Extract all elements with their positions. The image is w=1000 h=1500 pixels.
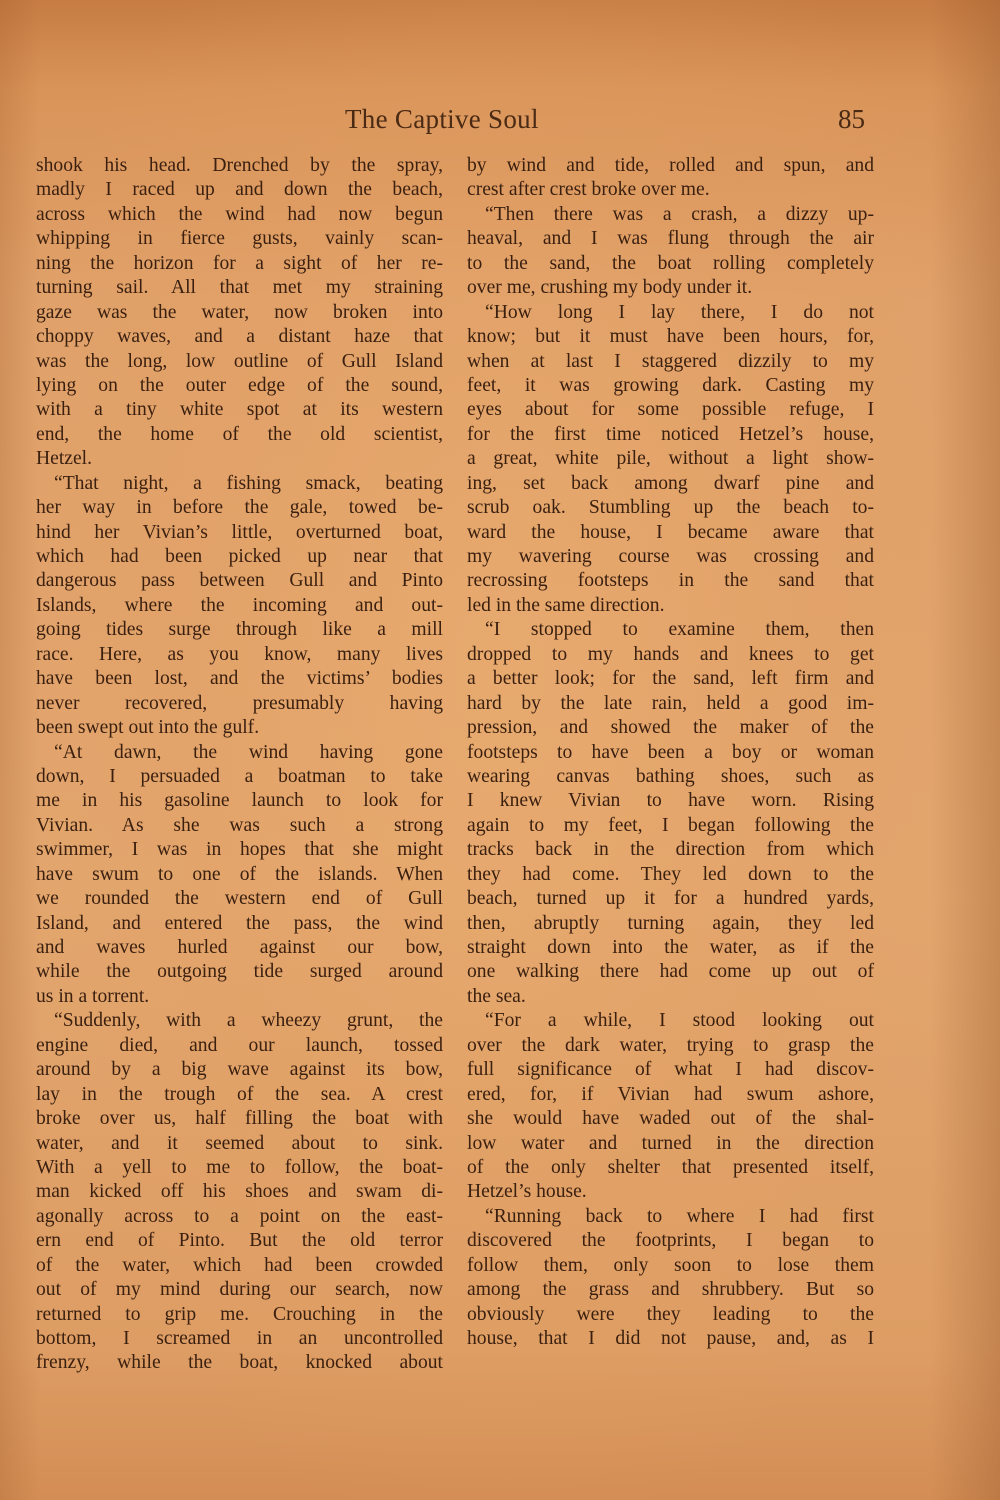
text-line: end, the home of the old scientist,: [36, 423, 443, 447]
text-line: ing, set back among dwarf pine and: [467, 472, 874, 496]
text-line: shook his head. Drenched by the spray,: [36, 154, 443, 178]
text-line: choppy waves, and a distant haze that: [36, 325, 443, 349]
text-column-left: shook his head. Drenched by the spray,ma…: [36, 154, 443, 1376]
text-line: recrossing footsteps in the sand that: [467, 569, 874, 593]
text-line: when at last I staggered dizzily to my: [467, 350, 874, 374]
text-line: “At dawn, the wind having gone: [36, 741, 443, 765]
text-line: “Running back to where I had first: [467, 1205, 874, 1229]
text-line: have swum to one of the islands. When: [36, 863, 443, 887]
text-line: never recovered, presumably having: [36, 692, 443, 716]
text-line: of the water, which had been crowded: [36, 1254, 443, 1278]
running-title: The Captive Soul: [345, 104, 539, 135]
text-line: ern end of Pinto. But the old terror: [36, 1229, 443, 1253]
text-line: and waves hurled against our bow,: [36, 936, 443, 960]
text-line: over the dark water, trying to grasp the: [467, 1034, 874, 1058]
text-line: full significance of what I had discov-: [467, 1058, 874, 1082]
text-line: Hetzel.: [36, 447, 443, 471]
text-line: down, I persuaded a boatman to take: [36, 765, 443, 789]
text-line: by wind and tide, rolled and spun, and: [467, 154, 874, 178]
text-line: to the sand, the boat rolling completely: [467, 252, 874, 276]
text-line: “I stopped to examine them, then: [467, 618, 874, 642]
text-line: which had been picked up near that: [36, 545, 443, 569]
text-column-right: by wind and tide, rolled and spun, andcr…: [467, 154, 874, 1351]
text-line: around by a big wave against its bow,: [36, 1058, 443, 1082]
text-line: been swept out into the gulf.: [36, 716, 443, 740]
text-line: broke over us, half filling the boat wit…: [36, 1107, 443, 1131]
text-line: lay in the trough of the sea. A crest: [36, 1083, 443, 1107]
text-line: “Then there was a crash, a dizzy up-: [467, 203, 874, 227]
text-line: feet, it was growing dark. Casting my: [467, 374, 874, 398]
text-line: we rounded the western end of Gull: [36, 887, 443, 911]
text-line: a better look; for the sand, left firm a…: [467, 667, 874, 691]
text-line: madly I raced up and down the beach,: [36, 178, 443, 202]
text-line: man kicked off his shoes and swam di-: [36, 1180, 443, 1204]
text-line: With a yell to me to follow, the boat-: [36, 1156, 443, 1180]
text-line: of the only shelter that presented itsel…: [467, 1156, 874, 1180]
text-line: “For a while, I stood looking out: [467, 1009, 874, 1033]
text-line: she would have waded out of the shal-: [467, 1107, 874, 1131]
text-line: “Suddenly, with a wheezy grunt, the: [36, 1009, 443, 1033]
text-line: among the grass and shrubbery. But so: [467, 1278, 874, 1302]
text-line: over me, crushing my body under it.: [467, 276, 874, 300]
text-line: ning the horizon for a sight of her re-: [36, 252, 443, 276]
text-line: her way in before the gale, towed be-: [36, 496, 443, 520]
text-line: dropped to my hands and knees to get: [467, 643, 874, 667]
text-line: know; but it must have been hours, for,: [467, 325, 874, 349]
text-line: dangerous pass between Gull and Pinto: [36, 569, 443, 593]
text-line: heaval, and I was flung through the air: [467, 227, 874, 251]
text-line: obviously were they leading to the: [467, 1303, 874, 1327]
page-number: 85: [838, 104, 865, 135]
text-line: the sea.: [467, 985, 874, 1009]
text-line: whipping in fierce gusts, vainly scan-: [36, 227, 443, 251]
text-line: house, that I did not pause, and, as I: [467, 1327, 874, 1351]
text-line: scrub oak. Stumbling up the beach to-: [467, 496, 874, 520]
text-line: a great, white pile, without a light sho…: [467, 447, 874, 471]
text-line: going tides surge through like a mill: [36, 618, 443, 642]
text-line: race. Here, as you know, many lives: [36, 643, 443, 667]
text-line: footsteps to have been a boy or woman: [467, 741, 874, 765]
text-line: turning sail. All that met my straining: [36, 276, 443, 300]
text-line: eyes about for some possible refuge, I: [467, 398, 874, 422]
text-line: straight down into the water, as if the: [467, 936, 874, 960]
text-line: us in a torrent.: [36, 985, 443, 1009]
text-line: my wavering course was crossing and: [467, 545, 874, 569]
text-line: they had come. They led down to the: [467, 863, 874, 887]
text-line: out of my mind during our search, now: [36, 1278, 443, 1302]
text-line: follow them, only soon to lose them: [467, 1254, 874, 1278]
text-line: gaze was the water, now broken into: [36, 301, 443, 325]
text-line: was the long, low outline of Gull Island: [36, 350, 443, 374]
text-line: “That night, a fishing smack, beating: [36, 472, 443, 496]
book-page: The Captive Soul 85 shook his head. Dren…: [0, 0, 1000, 1500]
text-line: discovered the footprints, I began to: [467, 1229, 874, 1253]
text-line: low water and turned in the direction: [467, 1132, 874, 1156]
running-head: The Captive Soul 85: [0, 104, 1000, 140]
text-line: across which the wind had now begun: [36, 203, 443, 227]
text-line: crest after crest broke over me.: [467, 178, 874, 202]
text-line: “How long I lay there, I do not: [467, 301, 874, 325]
text-line: with a tiny white spot at its western: [36, 398, 443, 422]
text-line: pression, and showed the maker of the: [467, 716, 874, 740]
text-line: lying on the outer edge of the sound,: [36, 374, 443, 398]
text-line: beach, turned up it for a hundred yards,: [467, 887, 874, 911]
text-line: again to my feet, I began following the: [467, 814, 874, 838]
text-line: Islands, where the incoming and out-: [36, 594, 443, 618]
text-line: tracks back in the direction from which: [467, 838, 874, 862]
text-line: for the first time noticed Hetzel’s hous…: [467, 423, 874, 447]
text-line: returned to grip me. Crouching in the: [36, 1303, 443, 1327]
text-line: frenzy, while the boat, knocked about: [36, 1351, 443, 1375]
text-line: agonally across to a point on the east-: [36, 1205, 443, 1229]
text-line: me in his gasoline launch to look for: [36, 789, 443, 813]
text-line: ered, for, if Vivian had swum ashore,: [467, 1083, 874, 1107]
text-line: water, and it seemed about to sink.: [36, 1132, 443, 1156]
text-line: one walking there had come up out of: [467, 960, 874, 984]
text-line: engine died, and our launch, tossed: [36, 1034, 443, 1058]
text-line: then, abruptly turning again, they led: [467, 912, 874, 936]
text-line: hind her Vivian’s little, overturned boa…: [36, 521, 443, 545]
text-line: Hetzel’s house.: [467, 1180, 874, 1204]
text-line: bottom, I screamed in an uncontrolled: [36, 1327, 443, 1351]
text-line: ward the house, I became aware that: [467, 521, 874, 545]
text-line: Island, and entered the pass, the wind: [36, 912, 443, 936]
text-line: Vivian. As she was such a strong: [36, 814, 443, 838]
text-line: hard by the late rain, held a good im-: [467, 692, 874, 716]
text-line: led in the same direction.: [467, 594, 874, 618]
text-line: have been lost, and the victims’ bodies: [36, 667, 443, 691]
text-line: swimmer, I was in hopes that she might: [36, 838, 443, 862]
text-line: wearing canvas bathing shoes, such as: [467, 765, 874, 789]
text-line: while the outgoing tide surged around: [36, 960, 443, 984]
text-line: I knew Vivian to have worn. Rising: [467, 789, 874, 813]
